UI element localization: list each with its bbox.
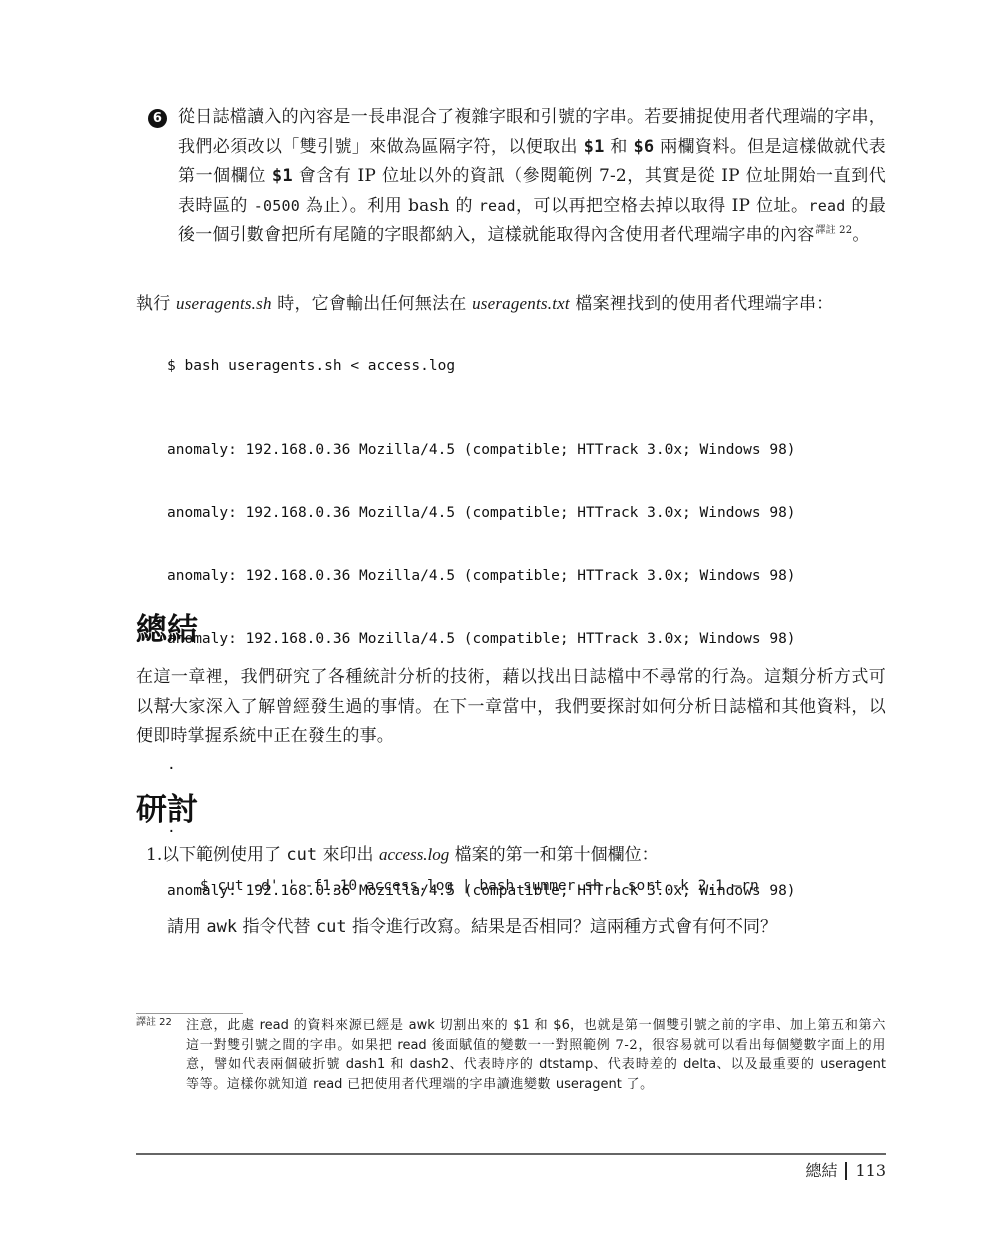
text-run: 為止）。利用 bash 的 <box>300 196 479 216</box>
text-run: 等等。這樣你就知道 <box>186 1077 313 1092</box>
footnote-22: 譯註 22 注意，此處 read 的資料來源已經是 awk 切割出來的 $1 和… <box>136 1016 886 1094</box>
inline-code: dash2 <box>410 1057 450 1072</box>
output-line: anomaly: 192.168.0.36 Mozilla/4.5 (compa… <box>167 503 796 524</box>
text-run: 了。 <box>622 1077 654 1092</box>
text-run: 指令代替 <box>237 917 316 937</box>
inline-code: -0500 <box>254 197 300 215</box>
footnote-label: 譯註 22 <box>136 1016 172 1030</box>
filename: useragents.txt <box>472 294 570 313</box>
text-run: 和 <box>530 1018 554 1033</box>
inline-code: $1 <box>513 1018 530 1033</box>
text-run: 時，它會輸出任何無法在 <box>272 294 472 314</box>
inline-code: $6 <box>553 1018 570 1033</box>
callout-6: 6 從日誌檔讀入的內容是一長串混合了複雜字眼和引號的字串。若要捕捉使用者代理端的… <box>142 103 886 251</box>
intro-paragraph: 執行 useragents.sh 時，它會輸出任何無法在 useragents.… <box>136 289 886 320</box>
text-run: 請用 <box>167 917 206 937</box>
inline-code: cut <box>286 845 317 865</box>
inline-code: useragent <box>556 1077 622 1092</box>
text-run: 來印出 <box>317 845 379 865</box>
footer-divider <box>136 1153 886 1155</box>
inline-code: $6 <box>634 137 655 157</box>
exercise-code: $ cut -d' ' -f1,10 access.log | bash sum… <box>200 876 759 897</box>
text-run: 。 <box>852 225 869 245</box>
output-line: anomaly: 192.168.0.36 Mozilla/4.5 (compa… <box>167 629 796 650</box>
exercises-heading: 研討 <box>136 790 198 830</box>
book-page: 6 從日誌檔讀入的內容是一長串混合了複雜字眼和引號的字串。若要捕捉使用者代理端的… <box>136 0 886 1243</box>
footer-separator <box>845 1162 847 1180</box>
footnote-reference[interactable]: 譯註 22 <box>815 225 852 236</box>
inline-code: $1 <box>272 166 293 186</box>
text-run: 和 <box>605 137 634 157</box>
output-line: . <box>167 755 796 776</box>
text-run: ，可以再把空格去掉以取得 IP 位址。 <box>516 196 809 216</box>
page-footer: 總結 113 <box>805 1160 886 1182</box>
inline-code: useragent <box>820 1057 886 1072</box>
text-run: 、以及最重要的 <box>716 1057 820 1072</box>
exercise-item-1: 1.以下範例使用了 cut 來印出 access.log 檔案的第一和第十個欄位… <box>146 840 886 870</box>
callout-number-icon: 6 <box>148 109 167 128</box>
summary-paragraph: 在這一章裡，我們研究了各種統計分析的技術，藉以找出日誌檔中不尋常的行為。這類分析… <box>136 663 886 752</box>
footnote-divider <box>136 1013 243 1014</box>
text-run: 、代表時差的 <box>593 1057 683 1072</box>
inline-code: read <box>260 1018 289 1033</box>
inline-code: cut <box>316 917 347 937</box>
inline-code: read <box>809 197 846 215</box>
text-run: 執行 <box>136 294 176 314</box>
text-run: 切割出來的 <box>435 1018 513 1033</box>
page-number: 113 <box>855 1160 886 1182</box>
text-run: 和 <box>385 1057 409 1072</box>
inline-code: read <box>313 1077 342 1092</box>
filename: useragents.sh <box>176 294 272 313</box>
output-line: anomaly: 192.168.0.36 Mozilla/4.5 (compa… <box>167 440 796 461</box>
text-run: 注意，此處 <box>186 1018 260 1033</box>
text-run: 已把使用者代理端的字串讀進變數 <box>342 1077 555 1092</box>
text-run: 檔案裡找到的使用者代理端字串： <box>570 294 834 314</box>
summary-heading: 總結 <box>136 610 198 650</box>
exercise-number: 1. <box>146 841 162 870</box>
footnote-text: 注意，此處 read 的資料來源已經是 awk 切割出來的 $1 和 $6，也就… <box>186 1016 886 1094</box>
output-line: anomaly: 192.168.0.36 Mozilla/4.5 (compa… <box>167 566 796 587</box>
exercise-question: 請用 awk 指令代替 cut 指令進行改寫。結果是否相同？這兩種方式會有何不同… <box>167 913 886 942</box>
inline-code: awk <box>409 1018 435 1033</box>
text-run: 指令進行改寫。結果是否相同？這兩種方式會有何不同？ <box>347 917 777 937</box>
inline-code: dtstamp <box>539 1057 593 1072</box>
inline-code: read <box>479 197 516 215</box>
text-run: 、代表時序的 <box>449 1057 539 1072</box>
inline-code: awk <box>206 917 237 937</box>
text-run: 以下範例使用了 <box>162 845 286 865</box>
inline-code: $1 <box>584 137 605 157</box>
inline-code: dash1 <box>346 1057 386 1072</box>
inline-code: read <box>397 1038 426 1053</box>
callout-text: 從日誌檔讀入的內容是一長串混合了複雜字眼和引號的字串。若要捕捉使用者代理端的字串… <box>178 103 886 251</box>
inline-code: delta <box>683 1057 716 1072</box>
output-line: . <box>167 818 796 839</box>
code-command: $ bash useragents.sh < access.log <box>167 356 455 377</box>
filename: access.log <box>379 845 449 864</box>
footer-section-title: 總結 <box>805 1160 837 1182</box>
text-run: 檔案的第一和第十個欄位： <box>449 845 658 865</box>
text-run: 的資料來源已經是 <box>289 1018 409 1033</box>
